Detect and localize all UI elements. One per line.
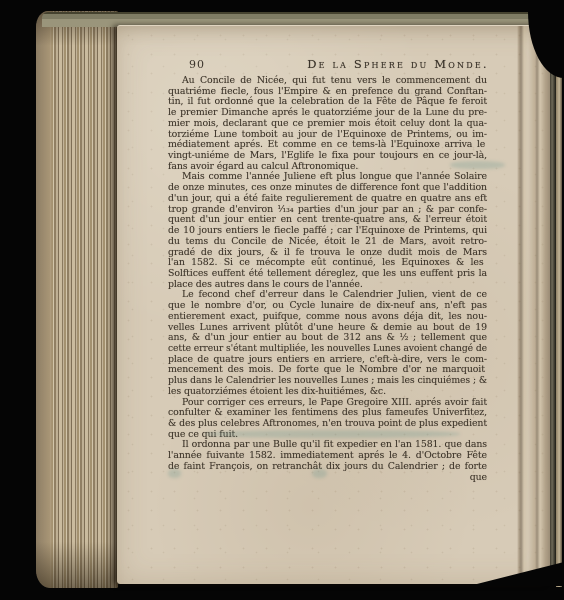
text-line-content: les quatorziémes étoient les dix-huitiém… <box>168 387 386 398</box>
book-page: 90 De la Sphere du Monde. Au Concile de … <box>117 25 550 584</box>
text-line-content: entierement exact, puifque, comme nous a… <box>168 312 487 323</box>
running-title: De la Sphere du Monde. <box>298 57 498 71</box>
page-header: 90 De la Sphere du Monde. <box>168 57 487 73</box>
ink-show-through <box>450 161 505 169</box>
text-line: cette erreur s'étant multipliée, les nou… <box>168 344 487 355</box>
book-gutter-gap <box>549 16 556 586</box>
body-text: Au Concile de Nicée, qui fut tenu vers l… <box>168 76 487 483</box>
page-gutter-crease <box>512 26 550 584</box>
book-fore-edge-pages <box>36 11 118 588</box>
text-line: mier mois, declarant que ce premier mois… <box>168 119 487 130</box>
text-line: de faint François, on retranchât dix jou… <box>168 462 487 473</box>
text-line: du tems du Concile de Nicée, étoit le 21… <box>168 237 487 248</box>
text-line-content: du tems du Concile de Nicée, étoit le 21… <box>168 237 487 248</box>
ink-show-through <box>205 430 460 438</box>
text-line-content: mier mois, declarant que ce premier mois… <box>168 119 487 130</box>
facing-page-edge <box>556 15 562 587</box>
ink-show-through <box>312 469 327 478</box>
ink-show-through <box>168 469 181 478</box>
text-line: plus dans le Calendrier les nouvelles Lu… <box>168 376 487 387</box>
text-line-content: & des plus celebres Aftronomes, n'en tro… <box>168 419 487 430</box>
text-line-content: de faint François, on retranchât dix jou… <box>168 462 487 473</box>
text-line: & des plus celebres Aftronomes, n'en tro… <box>168 419 487 430</box>
catchword: que <box>168 473 487 484</box>
book-photo: 90 De la Sphere du Monde. Au Concile de … <box>0 0 564 600</box>
text-line-content: cette erreur s'étant multipliée, les nou… <box>168 344 487 355</box>
page-number: 90 <box>189 58 205 71</box>
text-line-content: plus dans le Calendrier les nouvelles Lu… <box>168 376 487 387</box>
text-line: entierement exact, puifque, comme nous a… <box>168 312 487 323</box>
text-line: les quatorziémes étoient les dix-huitiém… <box>168 387 487 398</box>
